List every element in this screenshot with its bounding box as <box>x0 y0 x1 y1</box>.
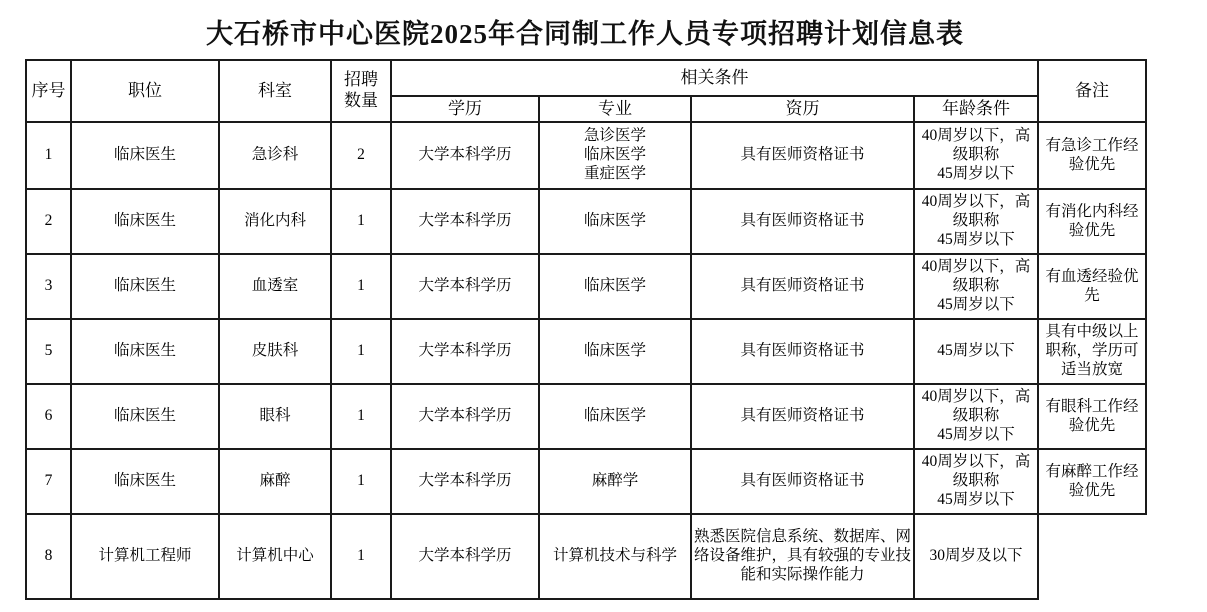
cell-quantity: 1 <box>331 514 391 599</box>
cell-qualification: 具有医师资格证书 <box>691 384 914 449</box>
header-education: 学历 <box>391 96 539 122</box>
cell-position: 临床医生 <box>71 449 219 514</box>
cell-qualification: 具有医师资格证书 <box>691 189 914 254</box>
cell-quantity: 1 <box>331 449 391 514</box>
cell-department: 皮肤科 <box>219 319 331 384</box>
cell-education: 大学本科学历 <box>391 319 539 384</box>
cell-major: 麻醉学 <box>539 449 691 514</box>
cell-education: 大学本科学历 <box>391 189 539 254</box>
recruitment-table: 序号 职位 科室 招聘 数量 相关条件 备注 学历 专业 资历 年龄条件 1 临… <box>25 59 1147 600</box>
cell-no: 7 <box>26 449 71 514</box>
cell-qualification: 具有医师资格证书 <box>691 122 914 189</box>
cell-remarks: 有眼科工作经验优先 <box>1038 384 1146 449</box>
cell-position: 临床医生 <box>71 384 219 449</box>
header-no: 序号 <box>26 60 71 122</box>
cell-no: 2 <box>26 189 71 254</box>
cell-education: 大学本科学历 <box>391 514 539 599</box>
header-row-top: 序号 职位 科室 招聘 数量 相关条件 备注 <box>26 60 1146 96</box>
cell-quantity: 1 <box>331 189 391 254</box>
cell-age: 40周岁以下，高级职称 45周岁以下 <box>914 449 1038 514</box>
document-page: 大石桥市中心医院2025年合同制工作人员专项招聘计划信息表 序号 职位 科室 招… <box>0 0 1207 600</box>
cell-department: 血透室 <box>219 254 331 319</box>
cell-quantity: 1 <box>331 384 391 449</box>
table-row: 7 临床医生 麻醉 1 大学本科学历 麻醉学 具有医师资格证书 40周岁以下，高… <box>26 449 1146 514</box>
cell-qualification: 熟悉医院信息系统、数据库、网络设备维护，具有较强的专业技能和实际操作能力 <box>691 514 914 599</box>
cell-no: 8 <box>26 514 71 599</box>
table-row: 6 临床医生 眼科 1 大学本科学历 临床医学 具有医师资格证书 40周岁以下，… <box>26 384 1146 449</box>
cell-age: 40周岁以下，高级职称 45周岁以下 <box>914 384 1038 449</box>
cell-qualification: 具有医师资格证书 <box>691 254 914 319</box>
cell-remarks: 有急诊工作经验优先 <box>1038 122 1146 189</box>
cell-qualification: 具有医师资格证书 <box>691 449 914 514</box>
cell-major: 计算机技术与科学 <box>539 514 691 599</box>
header-remarks: 备注 <box>1038 60 1146 122</box>
cell-remarks: 有消化内科经验优先 <box>1038 189 1146 254</box>
cell-education: 大学本科学历 <box>391 254 539 319</box>
cell-education: 大学本科学历 <box>391 449 539 514</box>
header-conditions-group: 相关条件 <box>391 60 1038 96</box>
table-row: 3 临床医生 血透室 1 大学本科学历 临床医学 具有医师资格证书 40周岁以下… <box>26 254 1146 319</box>
cell-department: 麻醉 <box>219 449 331 514</box>
cell-major: 急诊医学 临床医学 重症医学 <box>539 122 691 189</box>
cell-age: 45周岁以下 <box>914 319 1038 384</box>
cell-department: 计算机中心 <box>219 514 331 599</box>
cell-remarks: 有麻醉工作经验优先 <box>1038 449 1146 514</box>
cell-no: 6 <box>26 384 71 449</box>
cell-no: 3 <box>26 254 71 319</box>
cell-position: 临床医生 <box>71 319 219 384</box>
cell-major: 临床医学 <box>539 319 691 384</box>
cell-education: 大学本科学历 <box>391 122 539 189</box>
table-row: 1 临床医生 急诊科 2 大学本科学历 急诊医学 临床医学 重症医学 具有医师资… <box>26 122 1146 189</box>
table-row: 2 临床医生 消化内科 1 大学本科学历 临床医学 具有医师资格证书 40周岁以… <box>26 189 1146 254</box>
cell-education: 大学本科学历 <box>391 384 539 449</box>
cell-remarks: 有血透经验优先 <box>1038 254 1146 319</box>
cell-quantity: 1 <box>331 319 391 384</box>
page-title: 大石桥市中心医院2025年合同制工作人员专项招聘计划信息表 <box>25 12 1145 51</box>
table-row: 5 临床医生 皮肤科 1 大学本科学历 临床医学 具有医师资格证书 45周岁以下… <box>26 319 1146 384</box>
cell-age: 40周岁以下，高级职称 45周岁以下 <box>914 254 1038 319</box>
cell-remarks: 具有中级以上职称，学历可适当放宽 <box>1038 319 1146 384</box>
cell-quantity: 1 <box>331 254 391 319</box>
cell-no: 1 <box>26 122 71 189</box>
cell-position: 临床医生 <box>71 122 219 189</box>
cell-quantity: 2 <box>331 122 391 189</box>
header-quantity: 招聘 数量 <box>331 60 391 122</box>
cell-age: 30周岁及以下 <box>914 514 1038 599</box>
cell-position: 临床医生 <box>71 189 219 254</box>
cell-department: 消化内科 <box>219 189 331 254</box>
cell-position: 计算机工程师 <box>71 514 219 599</box>
header-position: 职位 <box>71 60 219 122</box>
cell-qualification: 具有医师资格证书 <box>691 319 914 384</box>
cell-major: 临床医学 <box>539 384 691 449</box>
cell-no: 5 <box>26 319 71 384</box>
cell-remarks <box>1038 514 1146 599</box>
cell-age: 40周岁以下，高级职称 45周岁以下 <box>914 189 1038 254</box>
cell-department: 眼科 <box>219 384 331 449</box>
cell-major: 临床医学 <box>539 189 691 254</box>
cell-department: 急诊科 <box>219 122 331 189</box>
cell-age: 40周岁以下，高级职称 45周岁以下 <box>914 122 1038 189</box>
cell-major: 临床医学 <box>539 254 691 319</box>
header-age: 年龄条件 <box>914 96 1038 122</box>
table-row: 8 计算机工程师 计算机中心 1 大学本科学历 计算机技术与科学 熟悉医院信息系… <box>26 514 1146 599</box>
header-department: 科室 <box>219 60 331 122</box>
header-major: 专业 <box>539 96 691 122</box>
header-qualification: 资历 <box>691 96 914 122</box>
cell-position: 临床医生 <box>71 254 219 319</box>
